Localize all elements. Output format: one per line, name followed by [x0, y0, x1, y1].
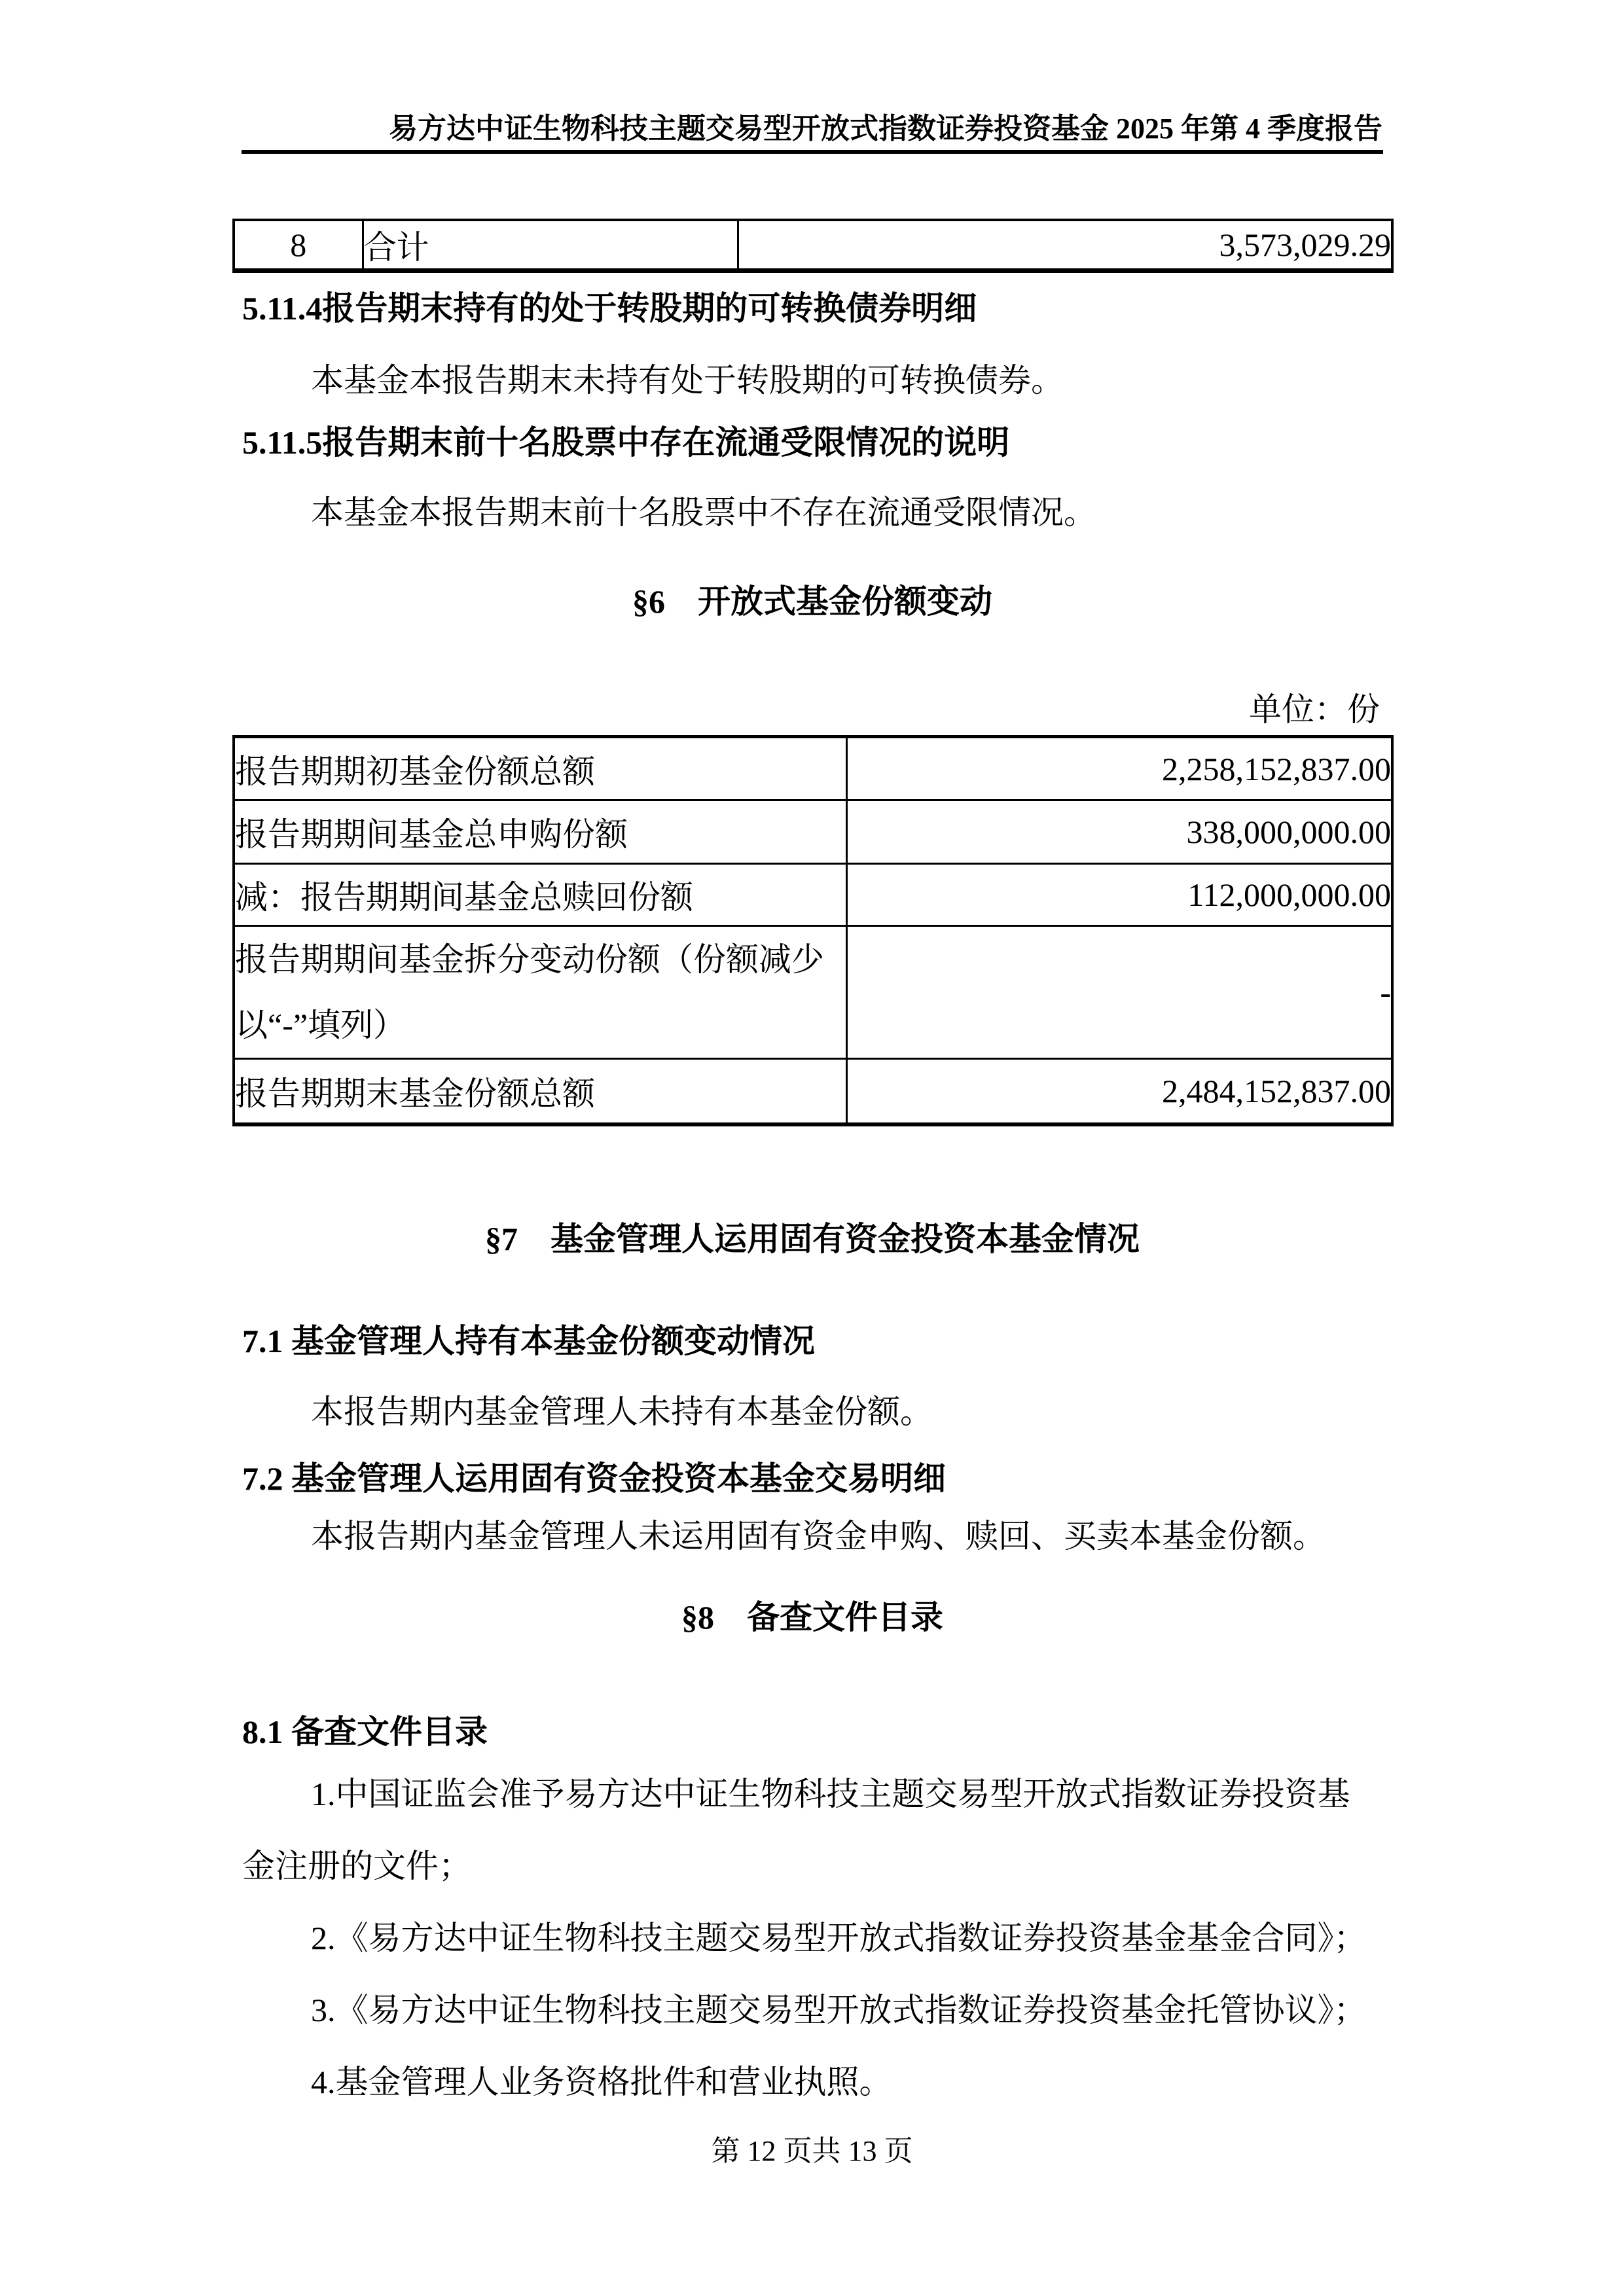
- heading-7-2: 7.2 基金管理人运用固有资金投资本基金交易明细: [242, 1458, 1382, 1499]
- continued-total-table: 8 合计 3,573,029.29: [232, 219, 1394, 273]
- unit-note: 单位：份: [242, 691, 1380, 728]
- share-row-label: 报告期期间基金总申购份额: [234, 800, 846, 864]
- share-row-value: 2,258,152,837.00: [846, 737, 1392, 800]
- table-row: 减：报告期期间基金总赎回份额 112,000,000.00: [234, 864, 1392, 926]
- paragraph-5-11-5: 本基金本报告期末前十名股票中不存在流通受限情况。: [242, 492, 1382, 533]
- page-header-title: 易方达中证生物科技主题交易型开放式指数证券投资基金 2025 年第 4 季度报告: [242, 111, 1382, 147]
- total-row-value: 3,573,029.29: [738, 220, 1392, 271]
- section-7-heading: §7 基金管理人运用固有资金投资本基金情况: [242, 1219, 1382, 1259]
- share-row-value: 338,000,000.00: [846, 800, 1392, 864]
- table-row: 报告期期间基金总申购份额 338,000,000.00: [234, 800, 1392, 864]
- page-footer: 第 12 页共 13 页: [0, 2134, 1624, 2169]
- share-row-value: 112,000,000.00: [846, 864, 1392, 926]
- share-row-value: 2,484,152,837.00: [846, 1059, 1392, 1124]
- report-page: 易方达中证生物科技主题交易型开放式指数证券投资基金 2025 年第 4 季度报告…: [0, 0, 1624, 2296]
- total-row-label: 合计: [363, 220, 738, 271]
- list-item: 1.中国证监会准予易方达中证生物科技主题交易型开放式指数证券投资基 金注册的文件…: [242, 1758, 1382, 1902]
- share-row-label: 报告期期末基金份额总额: [234, 1059, 846, 1124]
- header-rule: [242, 150, 1383, 154]
- share-row-value: -: [846, 926, 1392, 1059]
- heading-5-11-5: 5.11.5报告期末前十名股票中存在流通受限情况的说明: [242, 422, 1382, 463]
- section-8-heading: §8 备查文件目录: [242, 1597, 1382, 1638]
- list-item: 3.《易方达中证生物科技主题交易型开放式指数证券投资基金托管协议》；: [242, 1974, 1382, 2046]
- total-row-index: 8: [234, 220, 363, 271]
- table-row: 8 合计 3,573,029.29: [234, 220, 1392, 271]
- table-row: 报告期期间基金拆分变动份额（份额减少 以“-”填列） -: [234, 926, 1392, 1059]
- share-row-label: 报告期期初基金份额总额: [234, 737, 846, 800]
- share-row-label: 报告期期间基金拆分变动份额（份额减少 以“-”填列）: [234, 926, 846, 1059]
- paragraph-5-11-4: 本基金本报告期末未持有处于转股期的可转换债券。: [242, 360, 1382, 401]
- heading-5-11-4: 5.11.4报告期末持有的处于转股期的可转换债券明细: [242, 288, 1382, 329]
- list-item: 2.《易方达中证生物科技主题交易型开放式指数证券投资基金基金合同》；: [242, 1902, 1382, 1974]
- paragraph-7-1: 本报告期内基金管理人未持有本基金份额。: [242, 1391, 1382, 1432]
- section-6-heading: §6 开放式基金份额变动: [242, 581, 1382, 622]
- table-row: 报告期期末基金份额总额 2,484,152,837.00: [234, 1059, 1392, 1124]
- fund-share-change-table: 报告期期初基金份额总额 2,258,152,837.00 报告期期间基金总申购份…: [232, 735, 1394, 1126]
- heading-7-1: 7.1 基金管理人持有本基金份额变动情况: [242, 1321, 1382, 1361]
- list-item: 4.基金管理人业务资格批件和营业执照。: [242, 2046, 1382, 2118]
- paragraph-7-2: 本报告期内基金管理人未运用固有资金申购、赎回、买卖本基金份额。: [242, 1516, 1382, 1556]
- document-list: 1.中国证监会准予易方达中证生物科技主题交易型开放式指数证券投资基 金注册的文件…: [242, 1758, 1382, 2118]
- share-row-label: 减：报告期期间基金总赎回份额: [234, 864, 846, 926]
- table-row: 报告期期初基金份额总额 2,258,152,837.00: [234, 737, 1392, 800]
- heading-8-1: 8.1 备查文件目录: [242, 1712, 1382, 1752]
